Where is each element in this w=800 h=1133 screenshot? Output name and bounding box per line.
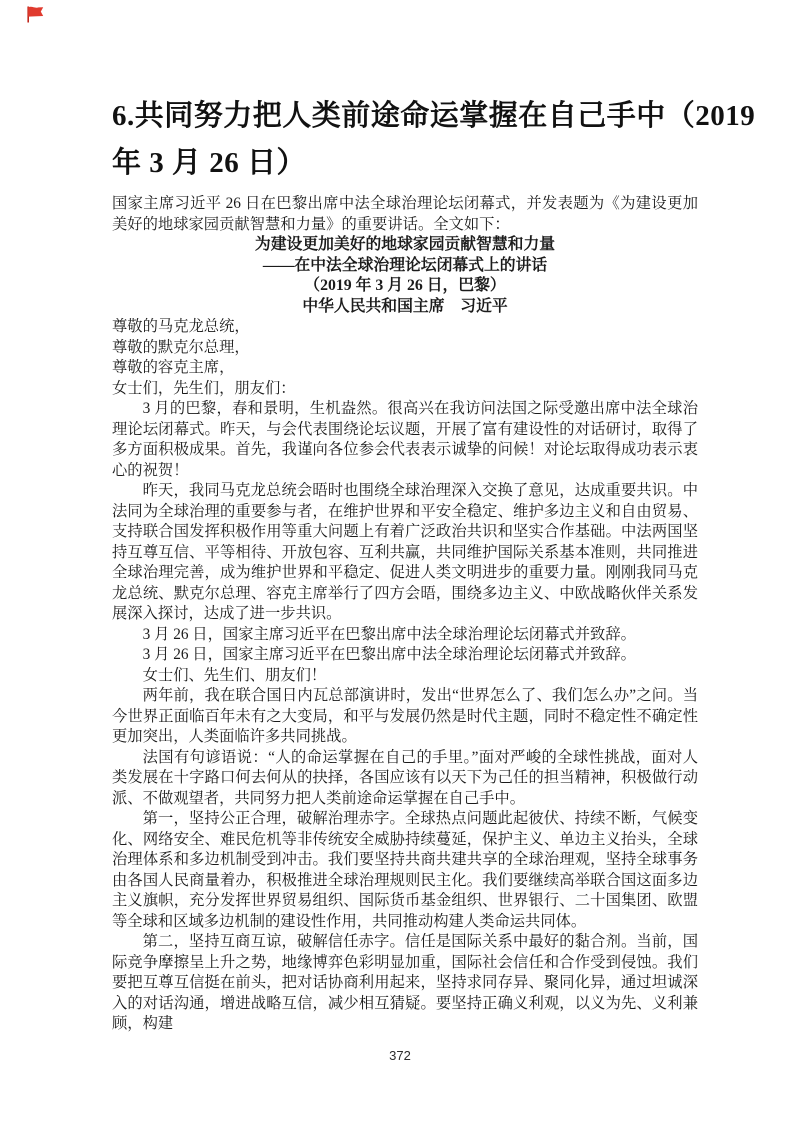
body-paragraph: 3 月 26 日，国家主席习近平在巴黎出席中法全球治理论坛闭幕式并致辞。 — [112, 625, 698, 646]
speech-subtitle: ——在中法全球治理论坛闭幕式上的讲话 — [112, 256, 698, 277]
document-body: 国家主席习近平 26 日在巴黎出席中法全球治理论坛闭幕式，并发表题为《为建设更加… — [112, 194, 698, 1035]
red-flag-icon — [26, 5, 45, 24]
page-number: 372 — [0, 1048, 800, 1063]
document-page: 6.共同努力把人类前途命运掌握在自己手中（2019 年 3 月 26 日） 国家… — [0, 0, 800, 1133]
salutation-line: 尊敬的马克龙总统， — [112, 317, 698, 338]
body-paragraph: 第一，坚持公正合理，破解治理赤字。全球热点问题此起彼伏、持续不断，气候变化、网络… — [112, 809, 698, 932]
intro-paragraph: 国家主席习近平 26 日在巴黎出席中法全球治理论坛闭幕式，并发表题为《为建设更加… — [112, 194, 698, 235]
body-paragraph: 3 月的巴黎，春和景明，生机盎然。很高兴在我访问法国之际受邀出席中法全球治理论坛… — [112, 399, 698, 481]
body-paragraph: 女士们、先生们、朋友们！ — [112, 666, 698, 687]
salutation-line: 尊敬的容克主席， — [112, 358, 698, 379]
speech-title: 为建设更加美好的地球家园贡献智慧和力量 — [112, 235, 698, 256]
body-paragraph: 第二，坚持互商互谅，破解信任赤字。信任是国际关系中最好的黏合剂。当前，国际竞争摩… — [112, 932, 698, 1035]
page-title: 6.共同努力把人类前途命运掌握在自己手中（2019 年 3 月 26 日） — [112, 93, 756, 187]
salutation-line: 女士们，先生们，朋友们： — [112, 379, 698, 400]
body-paragraph: 3 月 26 日，国家主席习近平在巴黎出席中法全球治理论坛闭幕式并致辞。 — [112, 645, 698, 666]
body-paragraph: 昨天，我同马克龙总统会晤时也围绕全球治理深入交换了意见，达成重要共识。中法同为全… — [112, 481, 698, 625]
body-paragraph: 两年前，我在联合国日内瓦总部演讲时，发出“世界怎么了、我们怎么办”之问。当今世界… — [112, 686, 698, 748]
salutation-line: 尊敬的默克尔总理， — [112, 338, 698, 359]
body-paragraph: 法国有句谚语说：“人的命运掌握在自己的手里。”面对严峻的全球性挑战，面对人类发展… — [112, 748, 698, 810]
speech-author: 中华人民共和国主席 习近平 — [112, 297, 698, 318]
speech-date-location: （2019 年 3 月 26 日，巴黎） — [112, 276, 698, 297]
